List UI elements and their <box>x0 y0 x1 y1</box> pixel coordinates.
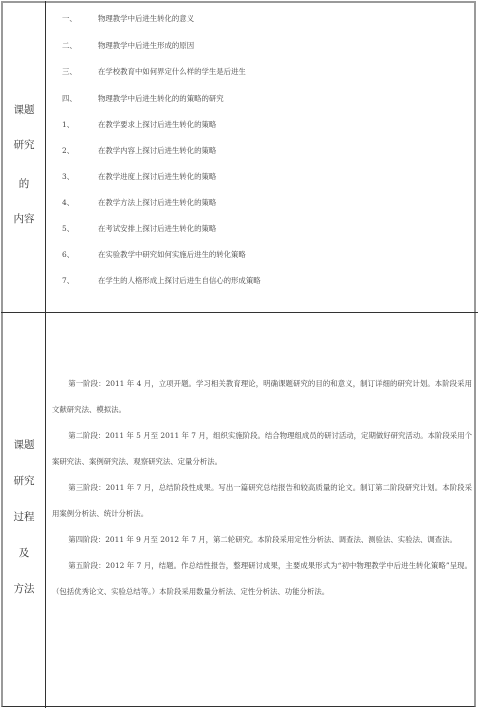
item-number: 二、 <box>62 40 77 51</box>
section1-label-line: 课题 <box>3 102 45 117</box>
item-number: 7、 <box>62 275 74 286</box>
stage-paragraph: 第三阶段：2011 年 7 月，总结阶段性成果。写出一篇研究总结报告和较高质量的… <box>52 475 472 527</box>
item-number: 4、 <box>62 197 74 208</box>
section2-label-line: 研究 <box>3 473 45 488</box>
section2-label-line: 及 <box>3 545 45 560</box>
item-text: 在考试安排上探讨后进生转化的策略 <box>98 223 216 234</box>
column-divider <box>45 1 46 708</box>
section1-label-line: 的 <box>3 176 45 191</box>
stage-paragraph: 第四阶段：2011 年 9 月至 2012 年 7 月，第二轮研究。本阶段采用定… <box>52 527 472 553</box>
row-divider <box>1 312 478 313</box>
item-text: 在学校教育中如何界定什么样的学生是后进生 <box>98 66 246 77</box>
item-text: 物理教学中后进生转化的意义 <box>98 13 194 24</box>
section2-label-line: 课题 <box>3 437 45 452</box>
section1-label-line: 研究 <box>3 137 45 152</box>
item-text: 在实验教学中研究如何实施后进生的转化策略 <box>98 249 246 260</box>
item-number: 一、 <box>62 13 77 24</box>
section2-content: 第一阶段：2011 年 4 月，立项开题。学习相关教育理论，明确课题研究的目的和… <box>52 371 472 605</box>
section1-label: 课题 研究 的 内容 <box>3 0 45 312</box>
section2-label-line: 过程 <box>3 509 45 524</box>
item-text: 在教学内容上探讨后进生转化的策略 <box>98 145 216 156</box>
item-text: 在教学要求上探讨后进生转化的策略 <box>98 119 216 130</box>
section1-label-line: 内容 <box>3 211 45 226</box>
section2-label-line: 方法 <box>3 581 45 596</box>
item-text: 物理教学中后进生转化的的策略的研究 <box>98 93 224 104</box>
item-text: 在教学方法上探讨后进生转化的策略 <box>98 197 216 208</box>
item-number: 6、 <box>62 249 74 260</box>
stage-paragraph: 第五阶段：2012 年 7 月，结题。作总结性报告，整理研讨成果，主要成果形式为… <box>52 553 472 605</box>
item-number: 3、 <box>62 171 74 182</box>
item-number: 2、 <box>62 145 74 156</box>
stage-paragraph: 第二阶段：2011 年 5 月至 2011 年 7 月，组织实施阶段。结合物理组… <box>52 423 472 475</box>
item-number: 5、 <box>62 223 74 234</box>
item-number: 四、 <box>62 93 77 104</box>
item-text: 在教学进度上探讨后进生转化的策略 <box>98 171 216 182</box>
stage-paragraph: 第一阶段：2011 年 4 月，立项开题。学习相关教育理论，明确课题研究的目的和… <box>52 371 472 423</box>
item-text: 在学生的人格形成上探讨后进生自信心的形成策略 <box>98 275 261 286</box>
item-number: 三、 <box>62 66 77 77</box>
section2-label: 课题 研究 过程 及 方法 <box>3 313 45 707</box>
item-number: 1、 <box>62 119 74 130</box>
item-text: 物理教学中后进生形成的原因 <box>98 40 194 51</box>
